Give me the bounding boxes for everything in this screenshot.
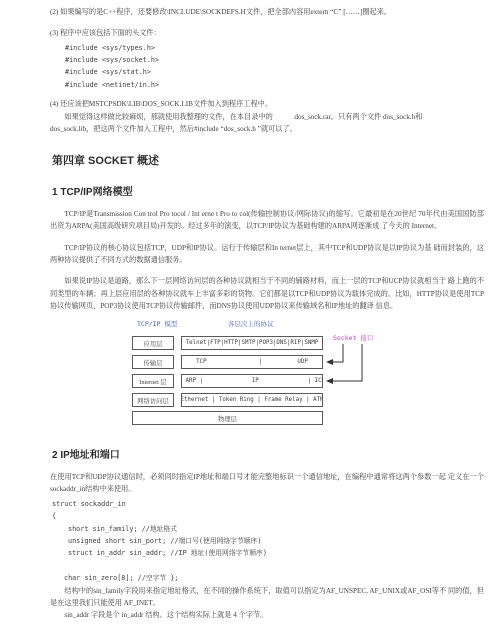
socket-interface-arrows <box>0 316 500 431</box>
section2-title: 2 IP地址和端口 <box>52 446 484 461</box>
item-4-note-line2: dos_sock.lib，把这两个文件加入工程中，然后#include “dos… <box>50 123 484 135</box>
section1-paragraph-2: TCP/IP协议的核心协议包括TCP，UDP和IP协议。运行于传输层和In te… <box>50 242 484 267</box>
code-line-blank <box>52 560 484 572</box>
include-line: #include <netinet/in.h> <box>65 79 484 91</box>
chapter-title: 第四章 SOCKET 概述 <box>52 152 484 168</box>
code-line: struct in_addr sin_addr; //IP 地址(使用网络字节顺… <box>52 547 484 559</box>
section1-title: 1 TCP/IP网络模型 <box>52 183 484 198</box>
code-line: short sin_family; //地址格式 <box>52 523 484 535</box>
list-item-4: (4) 还应该把MSTCPSDK\LIB\DOS_SOCK.LIB文件加入到程序… <box>50 98 484 110</box>
section2-paragraph-2: 结构中的sin_family字段用来指定地址格式，在不同的操作系统下，取值可以指… <box>50 585 484 610</box>
section2-paragraph-1: 在使用TCP和UDP协议通信时，必须同时指定IP地址和端口号才能完整地标识一个通… <box>50 471 484 496</box>
list-item-2: (2) 如果编写的是C++程序，还要修改\INCLUDE\SOCKDEFS.H文… <box>50 6 484 18</box>
sockaddr-code-block: struct sockaddr_in { short sin_family; /… <box>52 498 484 585</box>
document-page: (2) 如果编写的是C++程序，还要修改\INCLUDE\SOCKDEFS.H文… <box>0 0 500 622</box>
code-line: { <box>52 510 484 522</box>
code-line: unsigned short sin_port; //端口号(使用网络字节顺序) <box>52 535 484 547</box>
tcpip-layers-figure: TCP/IP 模型 各层次上的协议 Socket 接口 应用层 Telnet|F… <box>0 316 500 431</box>
include-line: #include <sys/stat.h> <box>65 66 484 78</box>
section1-paragraph-3: 如果说IP协议是道路，那么下一层网络访问层的各种协议就相当于不同的铺路材料，而上… <box>50 275 484 312</box>
code-line: struct sockaddr_in <box>52 498 484 510</box>
section1-paragraph-1: TCP/IP是Transmission Con trol Pro tocol /… <box>50 208 484 233</box>
section2-paragraph-3: sin_addr 字段是个 in_addr 结构。这个结构实际上就是 4 个字节… <box>50 609 484 621</box>
include-block: #include <sys/types.h> #include <sys/soc… <box>50 42 484 92</box>
include-line: #include <sys/types.h> <box>65 42 484 54</box>
code-line: char sin_zero[8]; //空字节 }; <box>52 572 484 584</box>
list-item-3: (3) 程序中应该包括下面的头文件： <box>50 27 484 39</box>
item-4-note-line1: 如果觉得这样做比较麻烦，那就使用我整理的文件，在本目录中的 dos_sock.r… <box>50 111 484 123</box>
include-line: #include <sys/socket.h> <box>65 54 484 66</box>
